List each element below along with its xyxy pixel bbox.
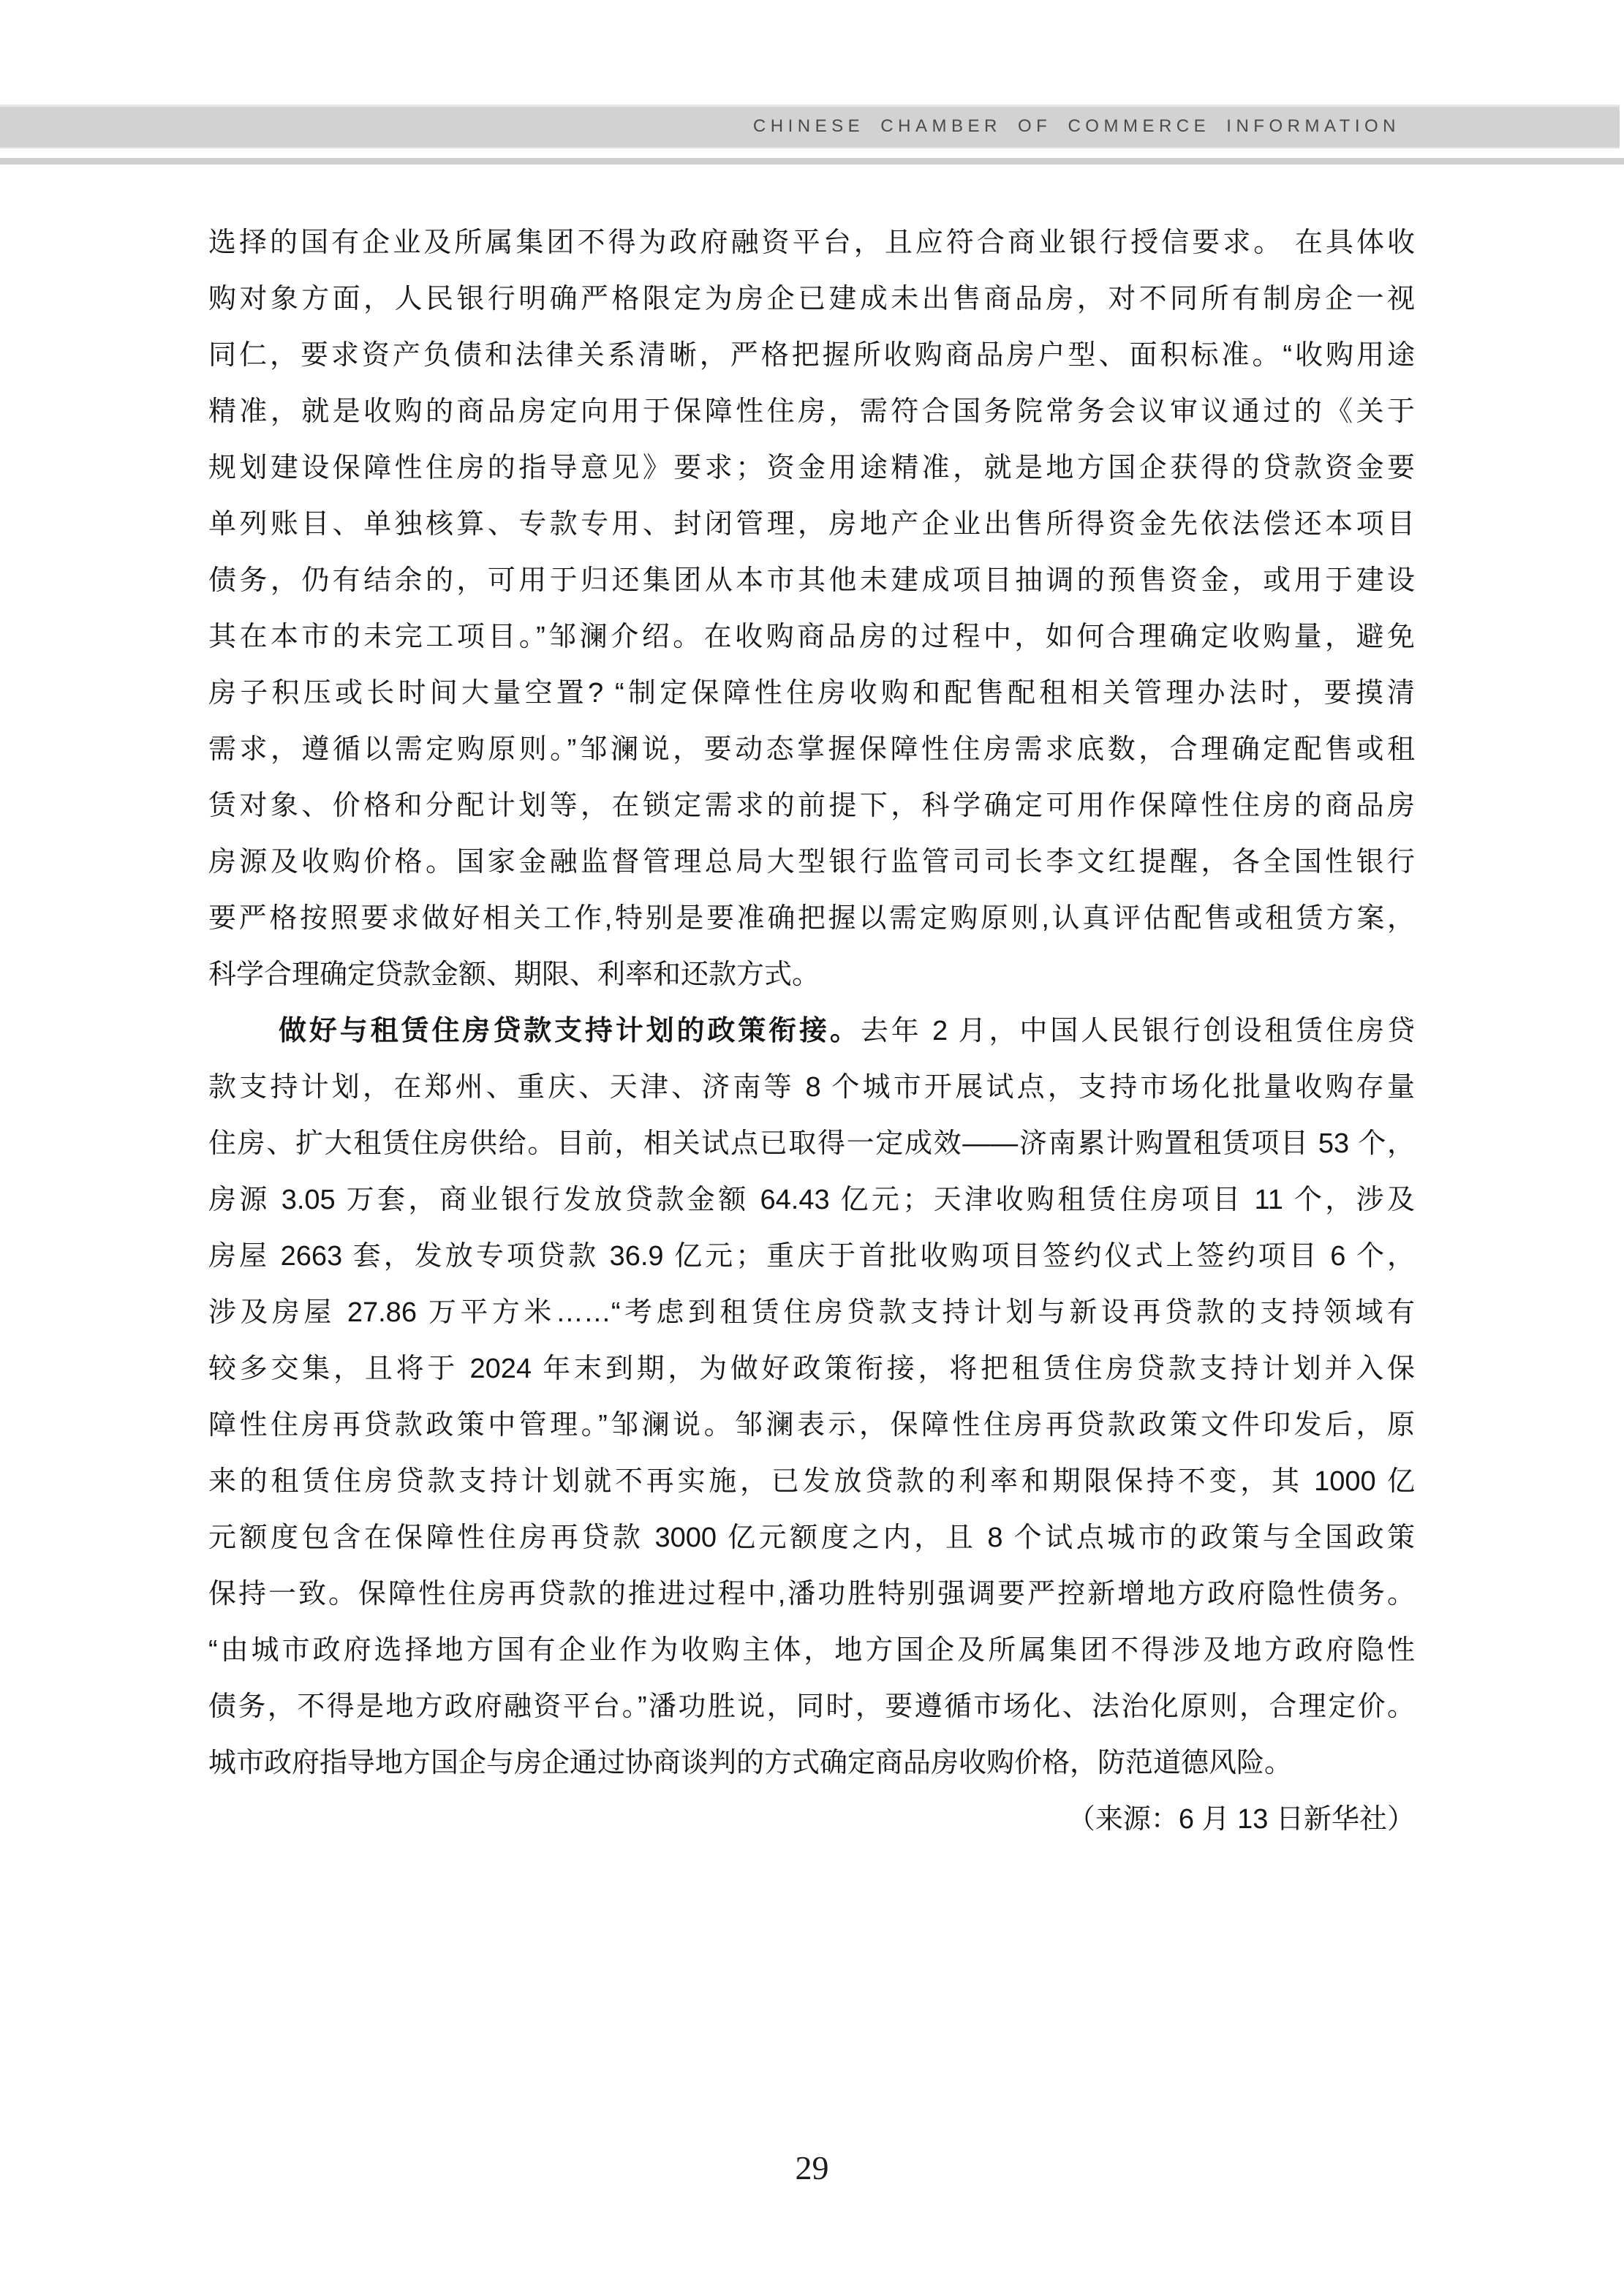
source-attribution: （来源：6 月 13 日新华社）: [208, 1792, 1415, 1848]
body-line: 涉及房屋 27.86 万平方米……“考虑到租赁住房贷款支持计划与新设再贷款的支持…: [208, 1285, 1415, 1341]
body-text: 选择的国有企业及所属集团不得为政府融资平台，且应符合商业银行授信要求。 在具体收…: [208, 215, 1415, 1848]
document-page: CHINESE CHAMBER OF COMMERCE INFORMATION …: [0, 0, 1624, 2272]
body-line: 来的租赁住房贷款支持计划就不再实施，已发放贷款的利率和期限保持不变，其 1000…: [208, 1454, 1415, 1510]
body-line: 购对象方面，人民银行明确严格限定为房企已建成未出售商品房，对不同所有制房企一视: [208, 271, 1415, 328]
body-line: 选择的国有企业及所属集团不得为政府融资平台，且应符合商业银行授信要求。 在具体收: [208, 215, 1415, 271]
body-line: 规划建设保障性住房的指导意见》要求；资金用途精准，就是地方国企获得的贷款资金要: [208, 440, 1415, 497]
body-line: 房子积压或长时间大量空置? “制定保障性住房收购和配售配租相关管理办法时，要摸清: [208, 665, 1415, 722]
paragraph-lead-bold: 做好与租赁住房贷款支持计划的政策衔接。: [279, 1016, 861, 1046]
body-line: 要严格按照要求做好相关工作,特别是要准确把握以需定购原则,认真评估配售或租赁方案…: [208, 891, 1415, 947]
body-line: 城市政府指导地方国企与房企通过协商谈判的方式确定商品房收购价格，防范道德风险。: [208, 1735, 1415, 1792]
body-line: 债务，不得是地方政府融资平台。”潘功胜说，同时，要遵循市场化、法治化原则，合理定…: [208, 1679, 1415, 1735]
body-line: 元额度包含在保障性住房再贷款 3000 亿元额度之内，且 8 个试点城市的政策与…: [208, 1510, 1415, 1566]
body-line: 精准，就是收购的商品房定向用于保障性住房，需符合国务院常务会议审议通过的《关于: [208, 384, 1415, 440]
header-thin-rule: [0, 158, 1624, 165]
body-line: 住房、扩大租赁住房供给。目前，相关试点已取得一定成效——济南累计购置租赁项目 5…: [208, 1116, 1415, 1172]
body-line: 赁对象、价格和分配计划等，在锁定需求的前提下，科学确定可用作保障性住房的商品房: [208, 778, 1415, 834]
page-number: 29: [0, 2148, 1624, 2187]
body-line: 科学合理确定贷款金额、期限、利率和还款方式。: [208, 947, 1415, 1003]
header-banner-text: CHINESE CHAMBER OF COMMERCE INFORMATION: [0, 105, 1620, 148]
body-line: 房源及收购价格。国家金融监督管理总局大型银行监管司司长李文红提醒，各全国性银行: [208, 834, 1415, 891]
body-line: “由城市政府选择地方国有企业作为收购主体，地方国企及所属集团不得涉及地方政府隐性: [208, 1623, 1415, 1679]
body-line: 债务，仍有结余的，可用于归还集团从本市其他未建成项目抽调的预售资金，或用于建设: [208, 553, 1415, 609]
body-line: 房源 3.05 万套，商业银行发放贷款金额 64.43 亿元；天津收购租赁住房项…: [208, 1172, 1415, 1229]
body-line: 保持一致。保障性住房再贷款的推进过程中,潘功胜特别强调要严控新增地方政府隐性债务…: [208, 1566, 1415, 1623]
body-line: 单列账目、单独核算、专款专用、封闭管理，房地产企业出售所得资金先依法偿还本项目: [208, 497, 1415, 553]
body-line: 需求，遵循以需定购原则。”邹澜说，要动态掌握保障性住房需求底数，合理确定配售或租: [208, 722, 1415, 778]
body-line: 同仁，要求资产负债和法律关系清晰，严格把握所收购商品房户型、面积标准。“收购用途: [208, 328, 1415, 384]
body-line: 其在本市的未完工项目。”邹澜介绍。在收购商品房的过程中，如何合理确定收购量，避免: [208, 609, 1415, 665]
body-line: 做好与租赁住房贷款支持计划的政策衔接。去年 2 月，中国人民银行创设租赁住房贷: [208, 1003, 1415, 1060]
body-line: 较多交集，且将于 2024 年末到期，为做好政策衔接，将把租赁住房贷款支持计划并…: [208, 1341, 1415, 1397]
body-line: 房屋 2663 套，发放专项贷款 36.9 亿元；重庆于首批收购项目签约仪式上签…: [208, 1229, 1415, 1285]
body-line: 款支持计划，在郑州、重庆、天津、济南等 8 个城市开展试点，支持市场化批量收购存…: [208, 1060, 1415, 1116]
body-line: 障性住房再贷款政策中管理。”邹澜说。邹澜表示，保障性住房再贷款政策文件印发后，原: [208, 1397, 1415, 1454]
header-banner-bar: CHINESE CHAMBER OF COMMERCE INFORMATION: [0, 105, 1620, 148]
